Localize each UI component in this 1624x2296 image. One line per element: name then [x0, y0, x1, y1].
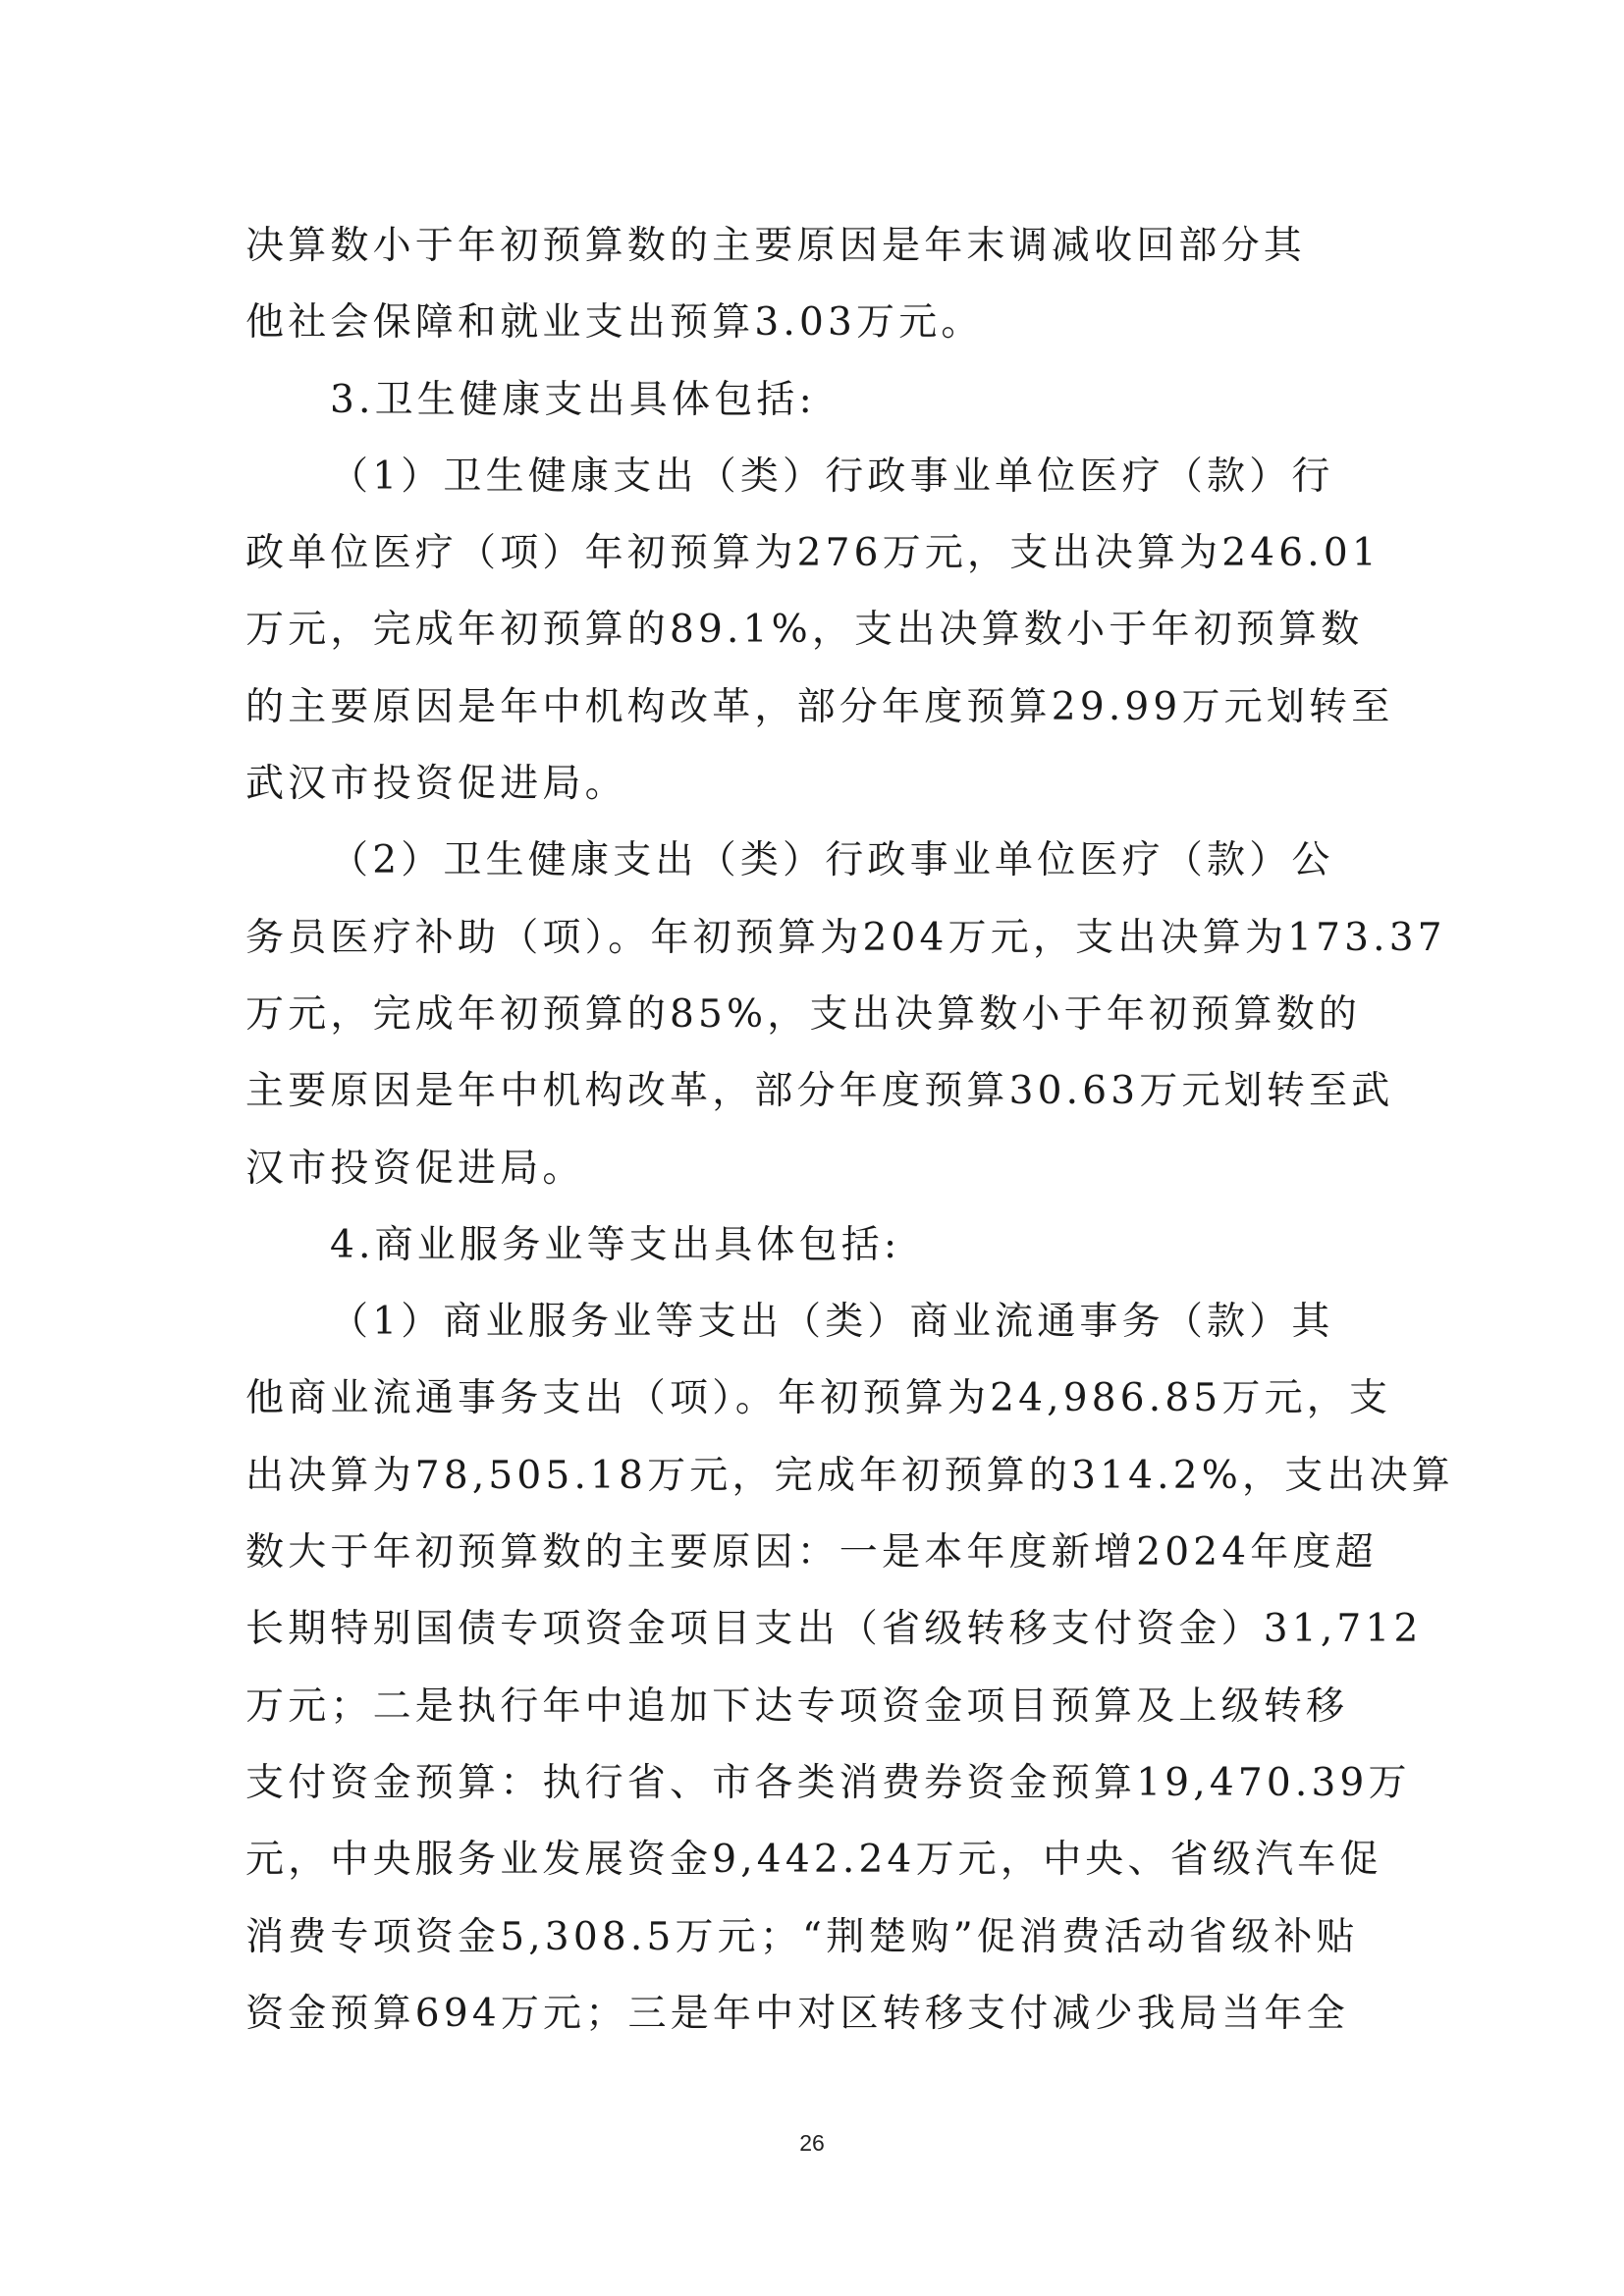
text-line: 数大于年初预算数的主要原因：一是本年度新增2024年度超 — [245, 1515, 1389, 1591]
paragraph-start: （1）卫生健康支出（类）行政事业单位医疗（款）行 — [245, 439, 1389, 515]
text-line: 武汉市投资促进局。 — [245, 746, 1389, 823]
text-line: 长期特别国债专项资金项目支出（省级转移支付资金）31,712 — [245, 1591, 1389, 1668]
section-heading-health: 3.卫生健康支出具体包括: — [245, 362, 1389, 439]
page-number: 26 — [0, 2130, 1624, 2157]
section-heading-commerce: 4.商业服务业等支出具体包括: — [245, 1207, 1389, 1284]
text-line: 消费专项资金5,308.5万元；“荆楚购”促消费活动省级补贴 — [245, 1899, 1389, 1976]
text-line: 他社会保障和就业支出预算3.03万元。 — [245, 285, 1389, 361]
text-line: 出决算为78,505.18万元，完成年初预算的314.2%，支出决算 — [245, 1438, 1389, 1515]
text-line: 决算数小于年初预算数的主要原因是年末调减收回部分其 — [245, 208, 1389, 285]
text-line: 汉市投资促进局。 — [245, 1131, 1389, 1207]
text-line: 资金预算694万元；三是年中对区转移支付减少我局当年全 — [245, 1976, 1389, 2053]
body-text: 决算数小于年初预算数的主要原因是年末调减收回部分其 他社会保障和就业支出预算3.… — [245, 208, 1389, 2053]
text-line: 万元，完成年初预算的89.1%，支出决算数小于年初预算数 — [245, 592, 1389, 668]
text-line: 他商业流通事务支出（项）。年初预算为24,986.85万元，支 — [245, 1361, 1389, 1437]
text-line: 的主要原因是年中机构改革，部分年度预算29.99万元划转至 — [245, 669, 1389, 746]
text-line: 元，中央服务业发展资金9,442.24万元，中央、省级汽车促 — [245, 1822, 1389, 1898]
text-line: 万元；二是执行年中追加下达专项资金项目预算及上级转移 — [245, 1669, 1389, 1745]
text-line: 政单位医疗（项）年初预算为276万元，支出决算为246.01 — [245, 515, 1389, 592]
text-line: 万元，完成年初预算的85%，支出决算数小于年初预算数的 — [245, 977, 1389, 1053]
text-line: 主要原因是年中机构改革，部分年度预算30.63万元划转至武 — [245, 1053, 1389, 1130]
paragraph-start: （2）卫生健康支出（类）行政事业单位医疗（款）公 — [245, 823, 1389, 899]
text-line: 支付资金预算：执行省、市各类消费券资金预算19,470.39万 — [245, 1745, 1389, 1822]
document-page: 决算数小于年初预算数的主要原因是年末调减收回部分其 他社会保障和就业支出预算3.… — [0, 0, 1624, 2296]
text-line: 务员医疗补助（项）。年初预算为204万元，支出决算为173.37 — [245, 900, 1389, 977]
paragraph-start: （1）商业服务业等支出（类）商业流通事务（款）其 — [245, 1284, 1389, 1361]
